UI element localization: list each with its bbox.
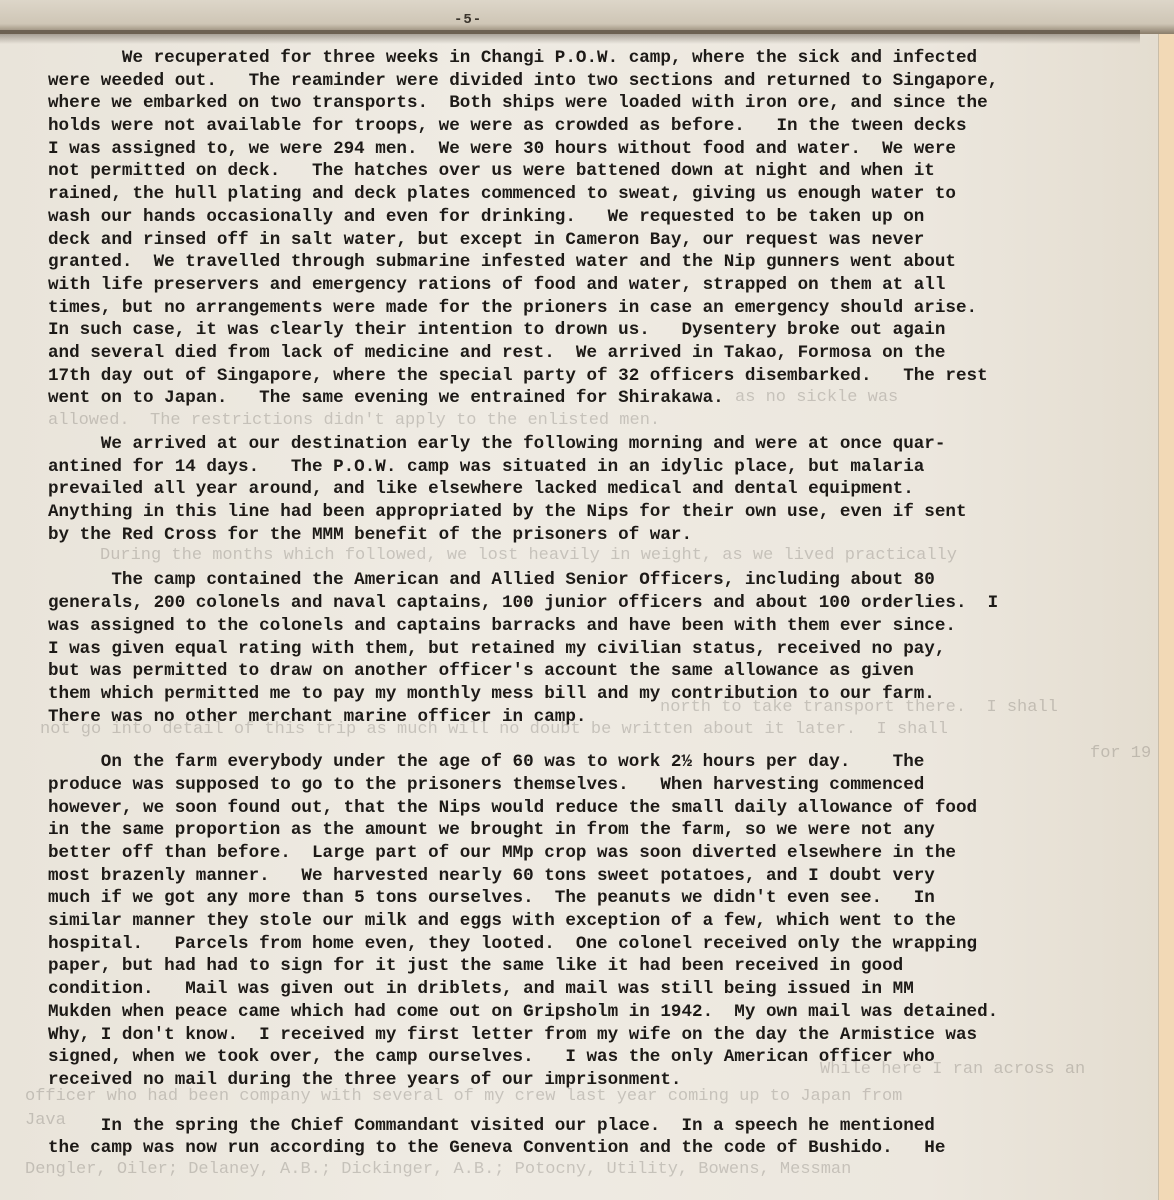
text-line: I was given equal rating with them, but … — [48, 638, 1158, 661]
text-line: On the farm everybody under the age of 6… — [48, 751, 1158, 774]
text-line: was assigned to the colonels and captain… — [48, 615, 1158, 638]
text-line: them which permitted me to pay my monthl… — [48, 683, 1158, 706]
text-line: 17th day out of Singapore, where the spe… — [48, 365, 1158, 388]
text-line: The camp contained the American and Alli… — [48, 569, 1158, 592]
paragraph: We arrived at our destination early the … — [48, 433, 1158, 546]
text-line: In such case, it was clearly their inten… — [48, 319, 1158, 342]
text-line: granted. We travelled through submarine … — [48, 251, 1158, 274]
text-line: Anything in this line had been appropria… — [48, 501, 1158, 524]
text-line: deck and rinsed off in salt water, but e… — [48, 229, 1158, 252]
text-line: were weeded out. The reaminder were divi… — [48, 70, 1158, 93]
paragraph: In the spring the Chief Commandant visit… — [48, 1115, 1158, 1160]
text-line: the camp was now run according to the Ge… — [48, 1137, 1158, 1160]
text-line: In the spring the Chief Commandant visit… — [48, 1115, 1158, 1138]
text-line: went on to Japan. The same evening we en… — [48, 387, 1158, 410]
text-line: condition. Mail was given out in driblet… — [48, 978, 1158, 1001]
text-line: not permitted on deck. The hatches over … — [48, 160, 1158, 183]
page-fold-shadow — [0, 30, 1140, 44]
text-line: in the same proportion as the amount we … — [48, 819, 1158, 842]
text-line: much if we got any more than 5 tons ours… — [48, 887, 1158, 910]
text-line: with life preservers and emergency ratio… — [48, 274, 1158, 297]
text-line: We arrived at our destination early the … — [48, 433, 1158, 456]
text-line: and several died from lack of medicine a… — [48, 342, 1158, 365]
document-body: We recuperated for three weeks in Changi… — [48, 47, 1158, 1183]
text-line: similar manner they stole our milk and e… — [48, 910, 1158, 933]
text-line: antined for 14 days. The P.O.W. camp was… — [48, 456, 1158, 479]
text-line: I was assigned to, we were 294 men. We w… — [48, 138, 1158, 161]
folded-page-above — [0, 0, 1174, 34]
text-line: rained, the hull plating and deck plates… — [48, 183, 1158, 206]
text-line: by the Red Cross for the MMM benefit of … — [48, 524, 1158, 547]
text-line: where we embarked on two transports. Bot… — [48, 92, 1158, 115]
paragraph: We recuperated for three weeks in Changi… — [48, 47, 1158, 410]
paragraph: On the farm everybody under the age of 6… — [48, 751, 1158, 1091]
page-number: -5- — [454, 12, 482, 28]
text-line: wash our hands occasionally and even for… — [48, 206, 1158, 229]
text-line: produce was supposed to go to the prison… — [48, 774, 1158, 797]
text-line: hospital. Parcels from home even, they l… — [48, 933, 1158, 956]
text-line: better off than before. Large part of ou… — [48, 842, 1158, 865]
text-line: We recuperated for three weeks in Changi… — [48, 47, 1158, 70]
text-line: times, but no arrangements were made for… — [48, 297, 1158, 320]
text-line: but was permitted to draw on another off… — [48, 660, 1158, 683]
text-line: received no mail during the three years … — [48, 1069, 1158, 1092]
text-line: generals, 200 colonels and naval captain… — [48, 592, 1158, 615]
text-line: paper, but had had to sign for it just t… — [48, 955, 1158, 978]
text-line: Mukden when peace came which had come ou… — [48, 1001, 1158, 1024]
text-line: however, we soon found out, that the Nip… — [48, 797, 1158, 820]
desk-background — [1158, 0, 1174, 1200]
paragraph: The camp contained the American and Alli… — [48, 569, 1158, 728]
text-line: prevailed all year around, and like else… — [48, 478, 1158, 501]
text-line: most brazenly manner. We harvested nearl… — [48, 865, 1158, 888]
text-line: signed, when we took over, the camp ours… — [48, 1046, 1158, 1069]
text-line: holds were not available for troops, we … — [48, 115, 1158, 138]
text-line: There was no other merchant marine offic… — [48, 706, 1158, 729]
text-line: Why, I don't know. I received my first l… — [48, 1024, 1158, 1047]
